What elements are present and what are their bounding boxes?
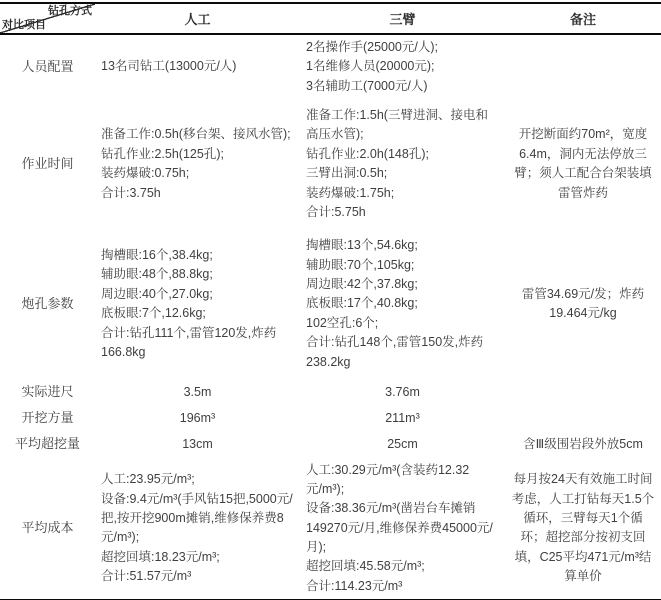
comparison-table: 钻孔方式 对比项目 人工 三臂 备注 人员配置 13名司钻工(13000元/人)… xyxy=(0,2,661,600)
manual-cell: 掏槽眼:16个,38.4kg; 辅助眼:48个,88.8kg; 周边眼:40个,… xyxy=(95,229,300,379)
column-header-note: 备注 xyxy=(505,3,661,34)
note-cell xyxy=(505,34,661,99)
three-boom-cell: 211m³ xyxy=(300,405,505,431)
three-boom-cell: 3.76m xyxy=(300,379,505,405)
corner-label-drilling-method: 钻孔方式 xyxy=(48,5,92,18)
note-cell: 每月按24天有效施工时间考虑，人工打钻每天1.5个循环，三臂每天1个循环；超挖部… xyxy=(505,458,661,600)
corner-label-comparison-item: 对比项目 xyxy=(2,19,46,32)
manual-cell: 3.5m xyxy=(95,379,300,405)
note-cell xyxy=(505,405,661,431)
diagonal-header-cell: 钻孔方式 对比项目 xyxy=(0,3,95,34)
manual-cell: 13cm xyxy=(95,431,300,457)
row-label: 作业时间 xyxy=(0,99,95,229)
three-boom-cell: 掏槽眼:13个,54.6kg; 辅助眼:70个,105kg; 周边眼:42个,3… xyxy=(300,229,505,379)
row-label: 开挖方量 xyxy=(0,405,95,431)
row-label: 炮孔参数 xyxy=(0,229,95,379)
table-row-work-time: 作业时间 准备工作:0.5h(移台架、接风水管); 钻孔作业:2.5h(125孔… xyxy=(0,99,661,229)
header-row: 钻孔方式 对比项目 人工 三臂 备注 xyxy=(0,3,661,34)
row-label: 实际进尺 xyxy=(0,379,95,405)
row-label: 平均超挖量 xyxy=(0,431,95,457)
three-boom-cell: 准备工作:1.5h(三臂进洞、接电和高压水管); 钻孔作业:2.0h(148孔)… xyxy=(300,99,505,229)
column-header-three-boom: 三臂 xyxy=(300,3,505,34)
table-row-actual-advance: 实际进尺 3.5m 3.76m xyxy=(0,379,661,405)
column-header-manual: 人工 xyxy=(95,3,300,34)
row-label: 平均成本 xyxy=(0,458,95,600)
table-row-personnel: 人员配置 13名司钻工(13000元/人) 2名操作手(25000元/人); 1… xyxy=(0,34,661,99)
note-cell: 雷管34.69元/发；炸药19.464元/kg xyxy=(505,229,661,379)
note-cell: 开挖断面约70m²，宽度6.4m，洞内无法停放三臂；须人工配合台架装填雷管炸药 xyxy=(505,99,661,229)
table-row-average-cost: 平均成本 人工:23.95元/m³; 设备:9.4元/m³(手风钻15把,500… xyxy=(0,458,661,600)
manual-cell: 13名司钻工(13000元/人) xyxy=(95,34,300,99)
row-label: 人员配置 xyxy=(0,34,95,99)
note-cell: 含Ⅲ级围岩段外放5cm xyxy=(505,431,661,457)
document-page: 钻孔方式 对比项目 人工 三臂 备注 人员配置 13名司钻工(13000元/人)… xyxy=(0,0,661,600)
three-boom-cell: 2名操作手(25000元/人); 1名维修人员(20000元); 3名辅助工(7… xyxy=(300,34,505,99)
three-boom-cell: 人工:30.29元/m³(含装药12.32元/m³); 设备:38.36元/m³… xyxy=(300,458,505,600)
table-row-blasthole-params: 炮孔参数 掏槽眼:16个,38.4kg; 辅助眼:48个,88.8kg; 周边眼… xyxy=(0,229,661,379)
manual-cell: 196m³ xyxy=(95,405,300,431)
manual-cell: 人工:23.95元/m³; 设备:9.4元/m³(手风钻15把,5000元/把,… xyxy=(95,458,300,600)
three-boom-cell: 25cm xyxy=(300,431,505,457)
manual-cell: 准备工作:0.5h(移台架、接风水管); 钻孔作业:2.5h(125孔); 装药… xyxy=(95,99,300,229)
table-row-excavation-volume: 开挖方量 196m³ 211m³ xyxy=(0,405,661,431)
table-row-average-overbreak: 平均超挖量 13cm 25cm 含Ⅲ级围岩段外放5cm xyxy=(0,431,661,457)
note-cell xyxy=(505,379,661,405)
